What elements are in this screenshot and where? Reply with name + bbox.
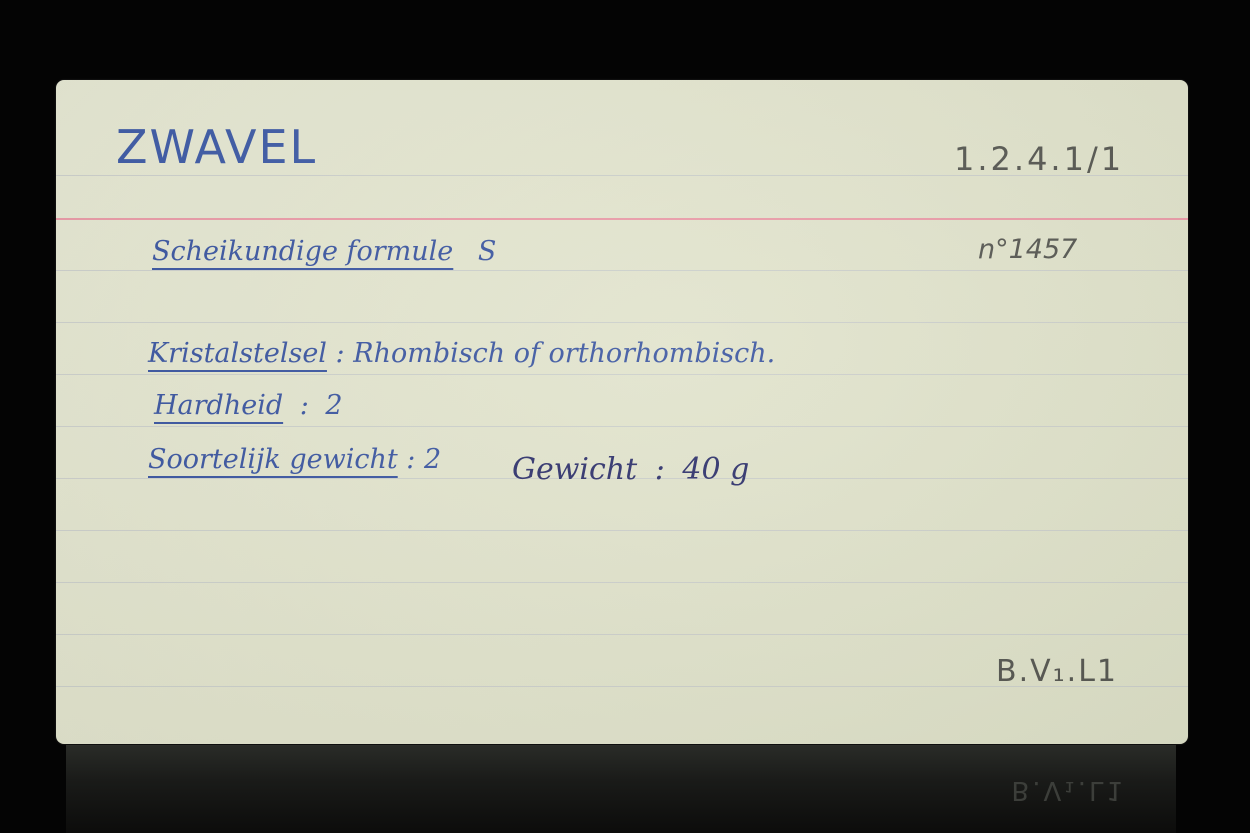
field-label: Soortelijk gewicht [148, 444, 398, 475]
ruled-line [56, 426, 1188, 427]
field-value: S [478, 236, 497, 267]
field-label: Scheikundige formule [152, 236, 453, 267]
ruled-line [56, 322, 1188, 323]
field-weight: Gewicht : 40 g [512, 452, 749, 487]
ruled-line [56, 530, 1188, 531]
field-specific-gravity: Soortelijk gewicht : 2 [148, 444, 441, 475]
card-title: ZWAVEL [116, 120, 317, 174]
classification-code: 1.2.4.1/1 [954, 140, 1124, 178]
ruled-line [56, 634, 1188, 635]
ruled-line [56, 270, 1188, 271]
reflection-text: B.V₁.L1 [1011, 775, 1126, 805]
field-crystal-system: Kristalstelsel : Rhombisch of orthorhomb… [148, 338, 775, 369]
weight-label: Gewicht [512, 452, 637, 487]
field-value: Rhombisch of orthorhombisch. [353, 338, 775, 369]
ruled-line [56, 582, 1188, 583]
field-chemical-formula: Scheikundige formule S [152, 236, 496, 267]
storage-location: B.V₁.L1 [996, 654, 1118, 689]
field-label: Hardheid [154, 390, 283, 421]
field-label: Kristalstelsel [148, 338, 327, 369]
field-value: 2 [424, 444, 441, 475]
ruled-line [56, 374, 1188, 375]
weight-value: 40 g [682, 452, 749, 487]
photo-scene: B.V₁.L1 ZWAVEL 1.2.4.1/1 n°1457 Scheikun… [0, 0, 1250, 833]
field-hardness: Hardheid : 2 [154, 390, 343, 421]
red-margin-line [56, 218, 1188, 220]
field-value: 2 [325, 390, 342, 421]
card-reflection: B.V₁.L1 [66, 745, 1176, 833]
index-card: ZWAVEL 1.2.4.1/1 n°1457 Scheikundige for… [56, 80, 1188, 744]
catalog-number: n°1457 [978, 234, 1077, 265]
